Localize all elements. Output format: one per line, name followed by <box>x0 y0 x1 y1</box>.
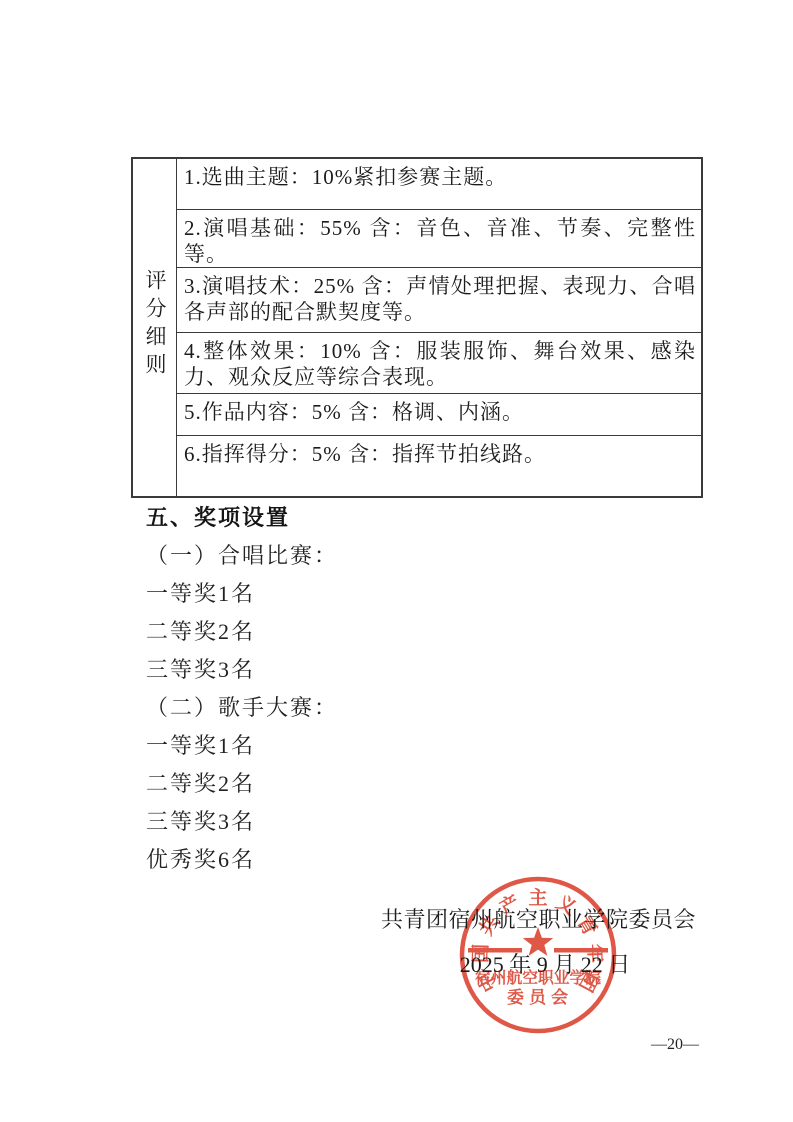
table-row: 4.整体效果：10% 含：服装服饰、舞台效果、感染力、观众反应等综合表现。 <box>132 333 702 394</box>
document-page: 评分细则 1.选曲主题：10%紧扣参赛主题。 2.演唱基础：55% 含：音色、音… <box>0 0 793 1122</box>
table-cell-criterion-1: 1.选曲主题：10%紧扣参赛主题。 <box>177 158 703 210</box>
list-item-singer-second: 二等奖2名 <box>146 765 566 803</box>
list-item-singer-header: （二）歌手大赛： <box>146 689 566 727</box>
list-item-singer-third: 三等奖3名 <box>146 803 566 841</box>
table-row: 评分细则 1.选曲主题：10%紧扣参赛主题。 <box>132 158 702 210</box>
table-cell-criterion-6: 6.指挥得分：5% 含：指挥节拍线路。 <box>177 436 703 498</box>
page-number: —20— <box>640 1036 710 1054</box>
table-row: 5.作品内容：5% 含：格调、内涵。 <box>132 394 702 436</box>
table-row: 2.演唱基础：55% 含：音色、音准、节奏、完整性等。 <box>132 210 702 268</box>
list-item-choir-second: 二等奖2名 <box>146 613 566 651</box>
list-item-choir-first: 一等奖1名 <box>146 575 566 613</box>
list-item-choir-header: （一）合唱比赛： <box>146 537 566 575</box>
signature-date: 2025 年 9 月 22 日 <box>440 948 650 979</box>
table-row: 6.指挥得分：5% 含：指挥节拍线路。 <box>132 436 702 498</box>
table-cell-criterion-5: 5.作品内容：5% 含：格调、内涵。 <box>177 394 703 436</box>
stamp-committee-label: 委员会 <box>507 987 573 1007</box>
table-header-label: 评分细则 <box>133 269 176 381</box>
awards-list: （一）合唱比赛： 一等奖1名 二等奖2名 三等奖3名 （二）歌手大赛： 一等奖1… <box>146 537 566 879</box>
scoring-criteria-table: 评分细则 1.选曲主题：10%紧扣参赛主题。 2.演唱基础：55% 含：音色、音… <box>131 157 703 498</box>
table-cell-criterion-2: 2.演唱基础：55% 含：音色、音准、节奏、完整性等。 <box>177 210 703 268</box>
section-heading-awards: 五、奖项设置 <box>146 501 290 532</box>
signature-organization: 共青团宿州航空职业学院委员会 <box>381 903 696 934</box>
table-cell-criterion-3: 3.演唱技术：25% 含：声情处理把握、表现力、合唱各声部的配合默契度等。 <box>177 268 703 333</box>
list-item-choir-third: 三等奖3名 <box>146 651 566 689</box>
table-header-cell: 评分细则 <box>132 158 177 497</box>
table-cell-criterion-4: 4.整体效果：10% 含：服装服饰、舞台效果、感染力、观众反应等综合表现。 <box>177 333 703 394</box>
table-row: 3.演唱技术：25% 含：声情处理把握、表现力、合唱各声部的配合默契度等。 <box>132 268 702 333</box>
list-item-singer-first: 一等奖1名 <box>146 727 566 765</box>
